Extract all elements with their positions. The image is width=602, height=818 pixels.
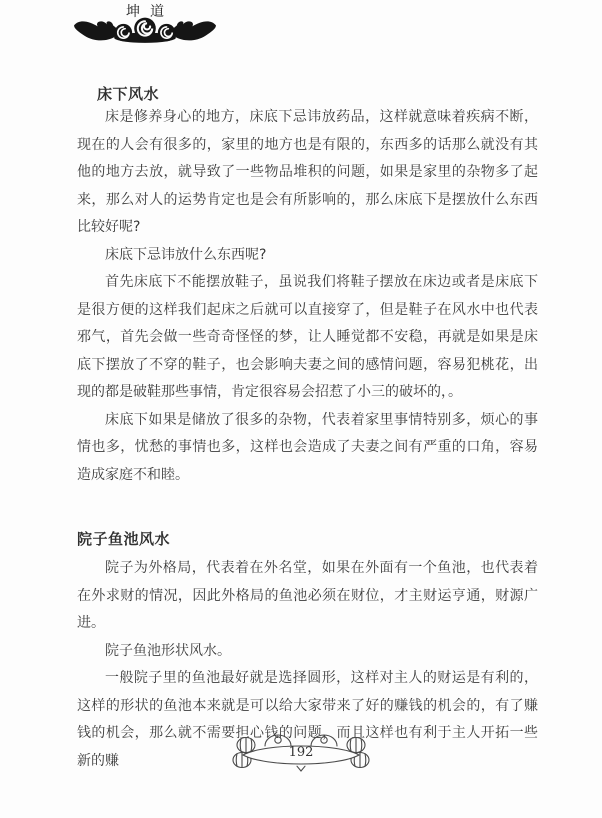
page-footer: 192 — [231, 730, 371, 774]
paragraph: 院子鱼池形状风水。 — [77, 638, 538, 666]
book-page: 坤道 床下风水 床是修养身心的地方，床底下忌讳放药品 — [0, 0, 602, 818]
section-heading-yard-fishpond-fengshui: 院子鱼池风水 — [77, 529, 538, 549]
paragraph: 床底下忌讳放什么东西呢? — [77, 242, 538, 270]
paragraph: 床底下如果是储放了很多的杂物，代表着家里事情特别多，烦心的事情也多，忧愁的事情也… — [77, 407, 538, 490]
page-number: 192 — [231, 745, 371, 760]
paragraph: 首先床底下不能摆放鞋子，虽说我们将鞋子摆放在床边或者是床底下是很方便的这样我们起… — [77, 269, 538, 407]
paragraph: 床是修养身心的地方，床底下忌讳放药品，这样就意味着疾病不断，现在的人会有很多的，… — [77, 104, 538, 242]
section-heading-bed-fengshui: 床下风水 — [77, 84, 538, 104]
page-content: 床下风水 床是修养身心的地方，床底下忌讳放药品，这样就意味着疾病不断，现在的人会… — [77, 0, 538, 775]
paragraph: 院子为外格局，代表着在外名堂，如果在外面有一个鱼池，也代表着在外求财的情况，因此… — [77, 555, 538, 638]
